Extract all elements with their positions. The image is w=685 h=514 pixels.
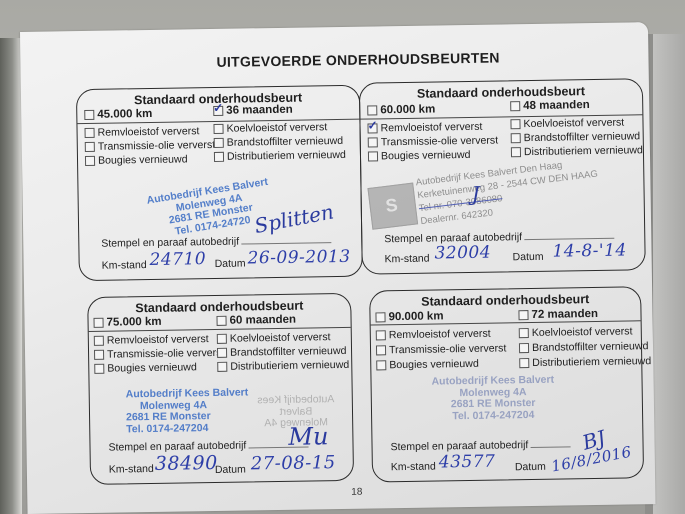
checkbox-months[interactable] <box>510 101 520 111</box>
service-card-3: Standaard onderhoudsbeurt 75.000 km 60 m… <box>87 293 354 485</box>
task-option: Distributieriem vernieuwd <box>217 359 349 373</box>
task-label: Distributieriem vernieuwd <box>532 355 651 369</box>
task-option: Transmissie-olie ververst <box>85 139 216 153</box>
task-label: Bougies vernieuwd <box>389 358 479 371</box>
checkbox-task[interactable] <box>511 133 521 143</box>
checkbox-task[interactable] <box>85 156 95 166</box>
months-option: 60 maanden <box>216 314 296 327</box>
task-option: Transmissie-olie ververst <box>368 135 499 149</box>
task-label: Remvloeistof ververst <box>97 125 199 139</box>
checkbox-task[interactable] <box>217 348 227 358</box>
task-option: Distributieriem vernieuwd <box>214 149 346 163</box>
signature: J <box>471 182 479 206</box>
task-option: Koelvloeistof ververst <box>217 331 331 345</box>
task-option: Distributieriem vernieuwd <box>519 355 651 369</box>
service-card-4: Standaard onderhoudsbeurt 90.000 km 72 m… <box>369 286 644 482</box>
checkbox-task[interactable] <box>214 138 224 148</box>
task-label: Brandstoffilter vernieuwd <box>230 345 347 359</box>
km-stand-value: 43577 <box>439 452 496 473</box>
stamp-label-text: Stempel en paraaf autobedrijf <box>101 236 239 250</box>
months-label: 48 maanden <box>523 99 590 112</box>
task-label: Transmissie-olie ververst <box>107 347 225 361</box>
checkbox-months[interactable] <box>518 310 528 320</box>
task-label: Brandstoffilter vernieuwd <box>227 135 344 149</box>
task-label: Brandstoffilter vernieuwd <box>532 340 649 354</box>
checkbox-task[interactable] <box>214 152 224 162</box>
km-stand-label: Km-stand <box>102 259 147 272</box>
dealer-stamp: Autobedrijf Kees Balvert Molenweg 4A 268… <box>431 375 554 423</box>
task-option: Remvloeistof ververst <box>367 121 482 135</box>
months-option: 48 maanden <box>510 99 590 112</box>
task-option: Bougies vernieuwd <box>376 358 479 372</box>
task-option: Brandstoffilter vernieuwd <box>214 135 344 149</box>
task-label: Transmissie-olie ververst <box>389 342 507 356</box>
task-label: Remvloeistof ververst <box>380 121 482 135</box>
page-title: UITGEVOERDE ONDERHOUDSBEURTEN <box>216 49 499 69</box>
task-label: Koelvloeistof ververst <box>523 117 624 131</box>
date-value: 27-08-15 <box>251 452 336 474</box>
date-label: Datum <box>513 251 544 263</box>
checkbox-task[interactable] <box>368 151 378 161</box>
dealer-logo-stamp <box>367 183 418 230</box>
km-label: 60.000 km <box>380 103 435 116</box>
task-label: Brandstoffilter vernieuwd <box>524 130 641 144</box>
checkbox-months[interactable] <box>213 106 223 116</box>
checkbox-task[interactable] <box>85 142 95 152</box>
task-option: Koelvloeistof ververst <box>510 117 624 131</box>
book-left-edge <box>0 38 22 514</box>
task-label: Bougies vernieuwd <box>107 361 197 374</box>
checkbox-task[interactable] <box>519 358 529 368</box>
page-number: 18 <box>351 487 362 498</box>
task-option: Brandstoffilter vernieuwd <box>511 130 641 144</box>
months-option: 72 maanden <box>518 308 598 321</box>
task-option: Koelvloeistof ververst <box>519 325 633 339</box>
task-label: Transmissie-olie ververst <box>381 135 499 149</box>
checkbox-task[interactable] <box>519 343 529 353</box>
checkbox-km[interactable] <box>84 110 94 120</box>
checkbox-task[interactable] <box>94 336 104 346</box>
months-label: 72 maanden <box>531 308 598 321</box>
km-option: 60.000 km <box>367 103 435 116</box>
task-label: Transmissie-olie ververst <box>98 139 216 153</box>
card-title: Standaard onderhoudsbeurt <box>88 298 350 316</box>
task-option: Remvloeistof ververst <box>85 125 200 139</box>
task-option: Remvloeistof ververst <box>376 328 491 342</box>
card-title: Standaard onderhoudsbeurt <box>360 83 642 101</box>
card-title: Standaard onderhoudsbeurt <box>370 291 640 309</box>
stamp-label-text: Stempel en paraaf autobedrijf <box>390 439 528 453</box>
task-label: Remvloeistof ververst <box>389 328 491 342</box>
task-label: Bougies vernieuwd <box>381 149 471 162</box>
task-label: Koelvloeistof ververst <box>230 331 331 345</box>
date-label: Datum <box>515 461 546 473</box>
task-label: Distributieriem vernieuwd <box>227 149 346 163</box>
km-label: 75.000 km <box>106 316 161 329</box>
km-stand-value: 38490 <box>155 452 218 475</box>
km-stand-label: Km-stand <box>391 461 436 474</box>
task-option: Koelvloeistof ververst <box>213 121 327 135</box>
km-stand-label: Km-stand <box>109 463 154 476</box>
checkbox-task[interactable] <box>217 334 227 344</box>
task-option: Bougies vernieuwd <box>85 153 188 167</box>
checkbox-task[interactable] <box>213 124 223 134</box>
stamp-line: Tel. 0174-247204 <box>126 422 249 435</box>
service-card-2: Standaard onderhoudsbeurt 60.000 km 48 m… <box>359 78 646 274</box>
task-label: Remvloeistof ververst <box>107 333 209 347</box>
task-option: Remvloeistof ververst <box>94 333 209 347</box>
task-option: Transmissie-olie ververst <box>94 347 225 361</box>
km-stand-label: Km-stand <box>385 253 430 266</box>
checkbox-task[interactable] <box>368 137 378 147</box>
km-option: 45.000 km <box>84 108 152 121</box>
task-option: Transmissie-olie ververst <box>376 342 507 356</box>
checkbox-task[interactable] <box>85 128 95 138</box>
service-card-1: Standaard onderhoudsbeurt 45.000 km 36 m… <box>76 85 363 281</box>
stamp-line: Autobedrijf Kees Balvert <box>240 394 352 419</box>
date-label: Datum <box>215 257 246 269</box>
stamp-line: Tel. 0174-247204 <box>432 409 555 422</box>
task-option: Bougies vernieuwd <box>368 149 471 163</box>
checkbox-task[interactable] <box>367 123 377 133</box>
checkbox-task[interactable] <box>510 119 520 129</box>
checkbox-task[interactable] <box>376 330 386 340</box>
task-label: Koelvloeistof ververst <box>226 121 327 135</box>
km-label: 45.000 km <box>97 108 152 121</box>
km-label: 90.000 km <box>388 310 443 323</box>
checkbox-months[interactable] <box>216 316 226 326</box>
checkbox-task[interactable] <box>519 328 529 338</box>
checkbox-km[interactable] <box>367 105 377 115</box>
dealer-stamp: Autobedrijf Kees Balvert Den Haag Kerket… <box>415 155 602 228</box>
task-option: Bougies vernieuwd <box>94 361 197 375</box>
task-option: Brandstoffilter vernieuwd <box>519 340 649 354</box>
checkbox-km[interactable] <box>93 318 103 328</box>
km-option: 90.000 km <box>375 310 443 323</box>
checkbox-task[interactable] <box>94 350 104 360</box>
date-label: Datum <box>215 464 246 476</box>
km-option: 75.000 km <box>93 316 161 329</box>
km-stand-value: 32004 <box>434 243 491 264</box>
service-booklet-page: UITGEVOERDE ONDERHOUDSBEURTEN Standaard … <box>20 22 655 514</box>
checkbox-task[interactable] <box>217 362 227 372</box>
date-value: 26-09-2013 <box>247 247 350 269</box>
checkbox-task[interactable] <box>376 345 386 355</box>
checkbox-task[interactable] <box>376 360 386 370</box>
months-option: 36 maanden <box>213 104 293 117</box>
months-label: 36 maanden <box>226 104 293 117</box>
km-stand-value: 24710 <box>149 249 206 270</box>
date-value: 14-8-'14 <box>552 240 627 261</box>
checkbox-km[interactable] <box>375 312 385 322</box>
stamp-label-text: Stempel en paraaf autobedrijf <box>108 439 246 453</box>
task-label: Koelvloeistof ververst <box>532 325 633 339</box>
task-label: Bougies vernieuwd <box>98 153 188 166</box>
dealer-stamp: Autobedrijf Kees Balvert Molenweg 4A 268… <box>126 387 249 435</box>
task-option: Brandstoffilter vernieuwd <box>217 345 347 359</box>
checkbox-task[interactable] <box>511 147 521 157</box>
task-label: Distributieriem vernieuwd <box>230 359 349 373</box>
months-label: 60 maanden <box>229 314 296 327</box>
checkbox-task[interactable] <box>94 364 104 374</box>
